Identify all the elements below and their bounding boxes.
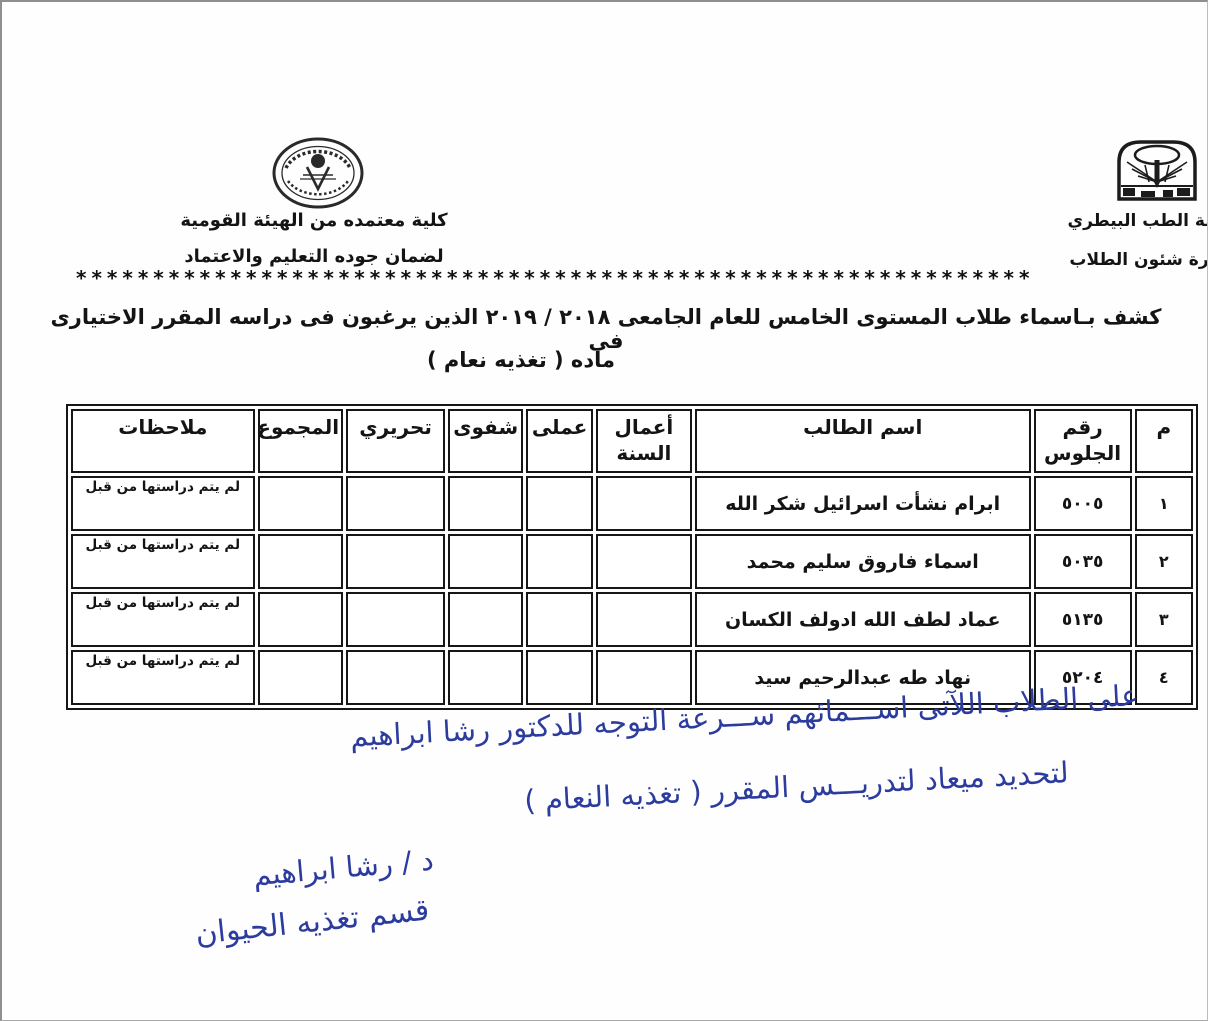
year-work-cell (596, 592, 692, 647)
faculty-name: كلية الطب البيطري (1068, 202, 1208, 241)
student-name: ابرام نشأت اسرائيل شكر الله (695, 476, 1031, 531)
col-header-notes: ملاحظات (71, 409, 255, 473)
written-cell (346, 650, 445, 705)
written-cell (346, 534, 445, 589)
oral-cell (448, 534, 523, 589)
accreditation-header-text: كلية معتمده من الهيئة القومية لضمان جوده… (140, 203, 488, 275)
student-notes: لم يتم دراستها من قبل (71, 592, 255, 647)
document-title-line1: كشف بـاسماء طلاب المستوى الخامس للعام ال… (42, 305, 1170, 353)
year-work-cell (596, 476, 692, 531)
col-header-year-work: أعمال السنة (596, 409, 692, 473)
scanned-document-page: كلية الطب البيطري إدارة شئون الطلاب كلية… (0, 0, 1208, 1021)
table-body: ١ ٥٠٠٥ ابرام نشأت اسرائيل شكر الله لم يت… (71, 476, 1193, 705)
total-cell (258, 476, 344, 531)
handwritten-note-line2: لتحديد ميعاد لتدريـــس المقرر ( تغذيه ال… (427, 755, 1070, 823)
student-index: ١ (1135, 476, 1193, 531)
student-index: ٤ (1135, 650, 1193, 705)
student-row: ٢ ٥٠٣٥ اسماء فاروق سليم محمد لم يتم دراس… (71, 534, 1193, 589)
student-notes: لم يتم دراستها من قبل (71, 534, 255, 589)
table-header-row: م رقم الجلوس اسم الطالب أعمال السنة عملى… (71, 409, 1193, 473)
oral-cell (448, 592, 523, 647)
document-title-line2: ماده ( تغذيه نعام ) (0, 348, 1085, 372)
accreditation-stamp-icon (270, 135, 366, 211)
total-cell (258, 534, 344, 589)
student-name: عماد لطف الله ادولف الكسان (695, 592, 1031, 647)
col-header-seat-no: رقم الجلوس (1034, 409, 1132, 473)
student-grades-table: م رقم الجلوس اسم الطالب أعمال السنة عملى… (66, 404, 1198, 710)
handwritten-signature-department: قسم تغذيه الحيوان (93, 893, 431, 963)
oral-cell (448, 650, 523, 705)
asterisk-separator: ****************************************… (76, 266, 1126, 290)
accreditation-line1: كلية معتمده من الهيئة القومية (140, 203, 488, 239)
col-header-practical: عملى (526, 409, 593, 473)
student-seat-no: ٥١٣٥ (1034, 592, 1132, 647)
student-seat-no: ٥٠٠٥ (1034, 476, 1132, 531)
year-work-cell (596, 650, 692, 705)
written-cell (346, 592, 445, 647)
total-cell (258, 592, 344, 647)
student-row: ١ ٥٠٠٥ ابرام نشأت اسرائيل شكر الله لم يت… (71, 476, 1193, 531)
student-name: اسماء فاروق سليم محمد (695, 534, 1031, 589)
student-row: ٣ ٥١٣٥ عماد لطف الله ادولف الكسان لم يتم… (71, 592, 1193, 647)
practical-cell (526, 592, 593, 647)
practical-cell (526, 476, 593, 531)
student-index: ٣ (1135, 592, 1193, 647)
practical-cell (526, 650, 593, 705)
year-work-cell (596, 534, 692, 589)
col-header-total: المجموع (258, 409, 344, 473)
total-cell (258, 650, 344, 705)
col-header-oral: شفوى (448, 409, 523, 473)
oral-cell (448, 476, 523, 531)
student-index: ٢ (1135, 534, 1193, 589)
col-header-written: تحريري (346, 409, 445, 473)
student-seat-no: ٥٠٣٥ (1034, 534, 1132, 589)
university-emblem-icon (1115, 138, 1199, 202)
written-cell (346, 476, 445, 531)
practical-cell (526, 534, 593, 589)
handwritten-signature-name: د / رشا ابراهيم (171, 843, 435, 900)
col-header-name: اسم الطالب (695, 409, 1031, 473)
student-notes: لم يتم دراستها من قبل (71, 650, 255, 705)
student-notes: لم يتم دراستها من قبل (71, 476, 255, 531)
col-header-index: م (1135, 409, 1193, 473)
